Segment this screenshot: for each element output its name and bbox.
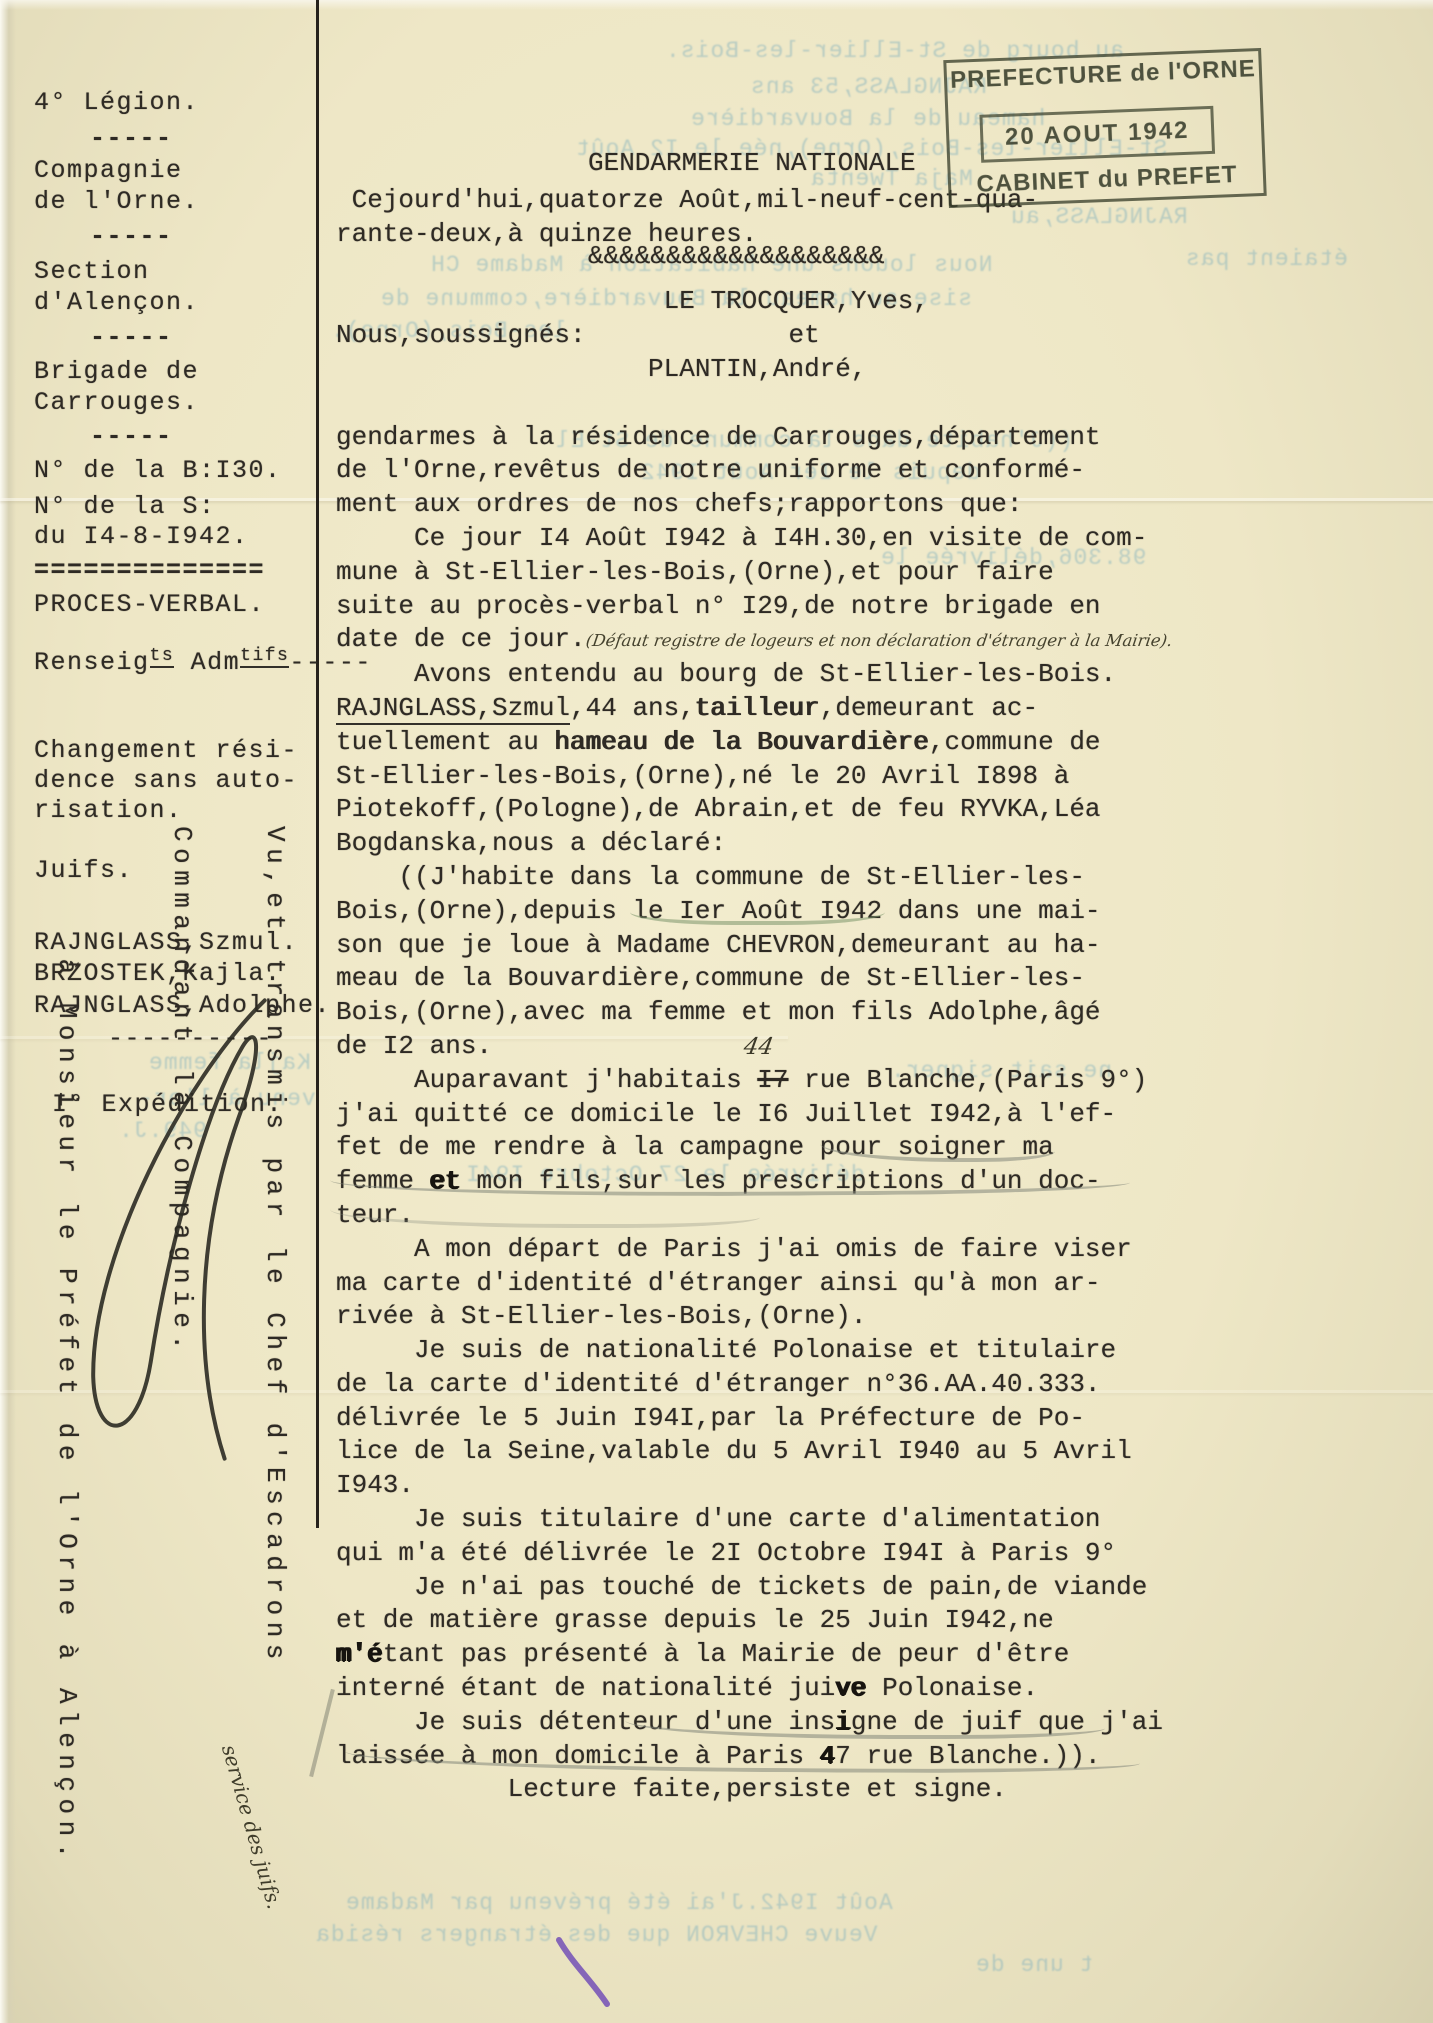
text-line — [336, 387, 1160, 421]
body-text: Cejourd'hui,quatorze Août,mil-neuf-cent-… — [336, 184, 1160, 1807]
margin-proces-verbal: PROCES-VERBAL. — [34, 590, 265, 620]
text-line: suite au procès-verbal n° I29,de notre b… — [336, 590, 1160, 624]
margin-separator: ----- — [34, 222, 173, 252]
text-line: tuellement au hameau de la Bouvardière,c… — [336, 726, 1160, 760]
margin-legion: 4° Légion. — [34, 88, 199, 118]
margin-objet-1: Changement rési- — [34, 736, 298, 766]
text-line — [336, 252, 1160, 286]
text-line: St-Ellier-les-Bois,(Orne),né le 20 Avril… — [336, 760, 1160, 794]
margin-brigade: Brigade de — [34, 357, 199, 387]
text-line: Lecture faite,persiste et signe. — [336, 1773, 1160, 1807]
margin-compagnie-2: de l'Orne. — [34, 187, 199, 217]
text-line: ((J'habite dans la commune de St-Ellier-… — [336, 861, 1160, 895]
margin-separator: ----- — [34, 124, 173, 154]
page-title: GENDARMERIE NATIONALE — [588, 148, 916, 179]
text-line: date de ce jour.(Défaut registre de loge… — [336, 623, 1160, 658]
margin-numero-b: N° de la B:I30. — [34, 456, 282, 486]
text-line: lice de la Seine,valable du 5 Avril I940… — [336, 1435, 1160, 1469]
text-line: délivrée le 5 Juin I94I,par la Préfectur… — [336, 1402, 1160, 1436]
text-line: rivée à St-Ellier-les-Bois,(Orne). — [336, 1300, 1160, 1334]
text-line: ma carte d'identité d'étranger ainsi qu'… — [336, 1267, 1160, 1301]
text-line: Avons entendu au bourg de St-Ellier-les-… — [336, 658, 1160, 692]
text-line: de l'Orne,revêtus de notre uniforme et c… — [336, 454, 1160, 488]
text-line: Bois,(Orne),avec ma femme et mon fils Ad… — [336, 996, 1160, 1030]
signature — [55, 976, 308, 1492]
text-line: Nous,soussignés: et — [336, 319, 1160, 353]
text-line: son que je loue à Madame CHEVRON,demeura… — [336, 929, 1160, 963]
margin-date: du I4-8-I942. — [34, 522, 249, 552]
scan-edge-top — [0, 0, 1433, 10]
text-line: mune à St-Ellier-les-Bois,(Orne),et pour… — [336, 556, 1160, 590]
bleedthrough-text: étaient pas — [1185, 246, 1348, 272]
stamp-date: 20 AOUT 1942 — [983, 116, 1212, 153]
text-line: LE TROCQUER,Yves, — [336, 285, 1160, 319]
text-line: interné étant de nationalité juive Polon… — [336, 1672, 1160, 1706]
text-line: I943. — [336, 1469, 1160, 1503]
margin-objet-2: dence sans auto- — [34, 766, 298, 796]
pencil-underline-date — [630, 893, 885, 925]
text-line: A mon départ de Paris j'ai omis de faire… — [336, 1233, 1160, 1267]
text-line: qui m'a été délivrée le 2I Octobre I94I … — [336, 1537, 1160, 1571]
text-line: Auparavant j'habitais I7 rue Blanche,(Pa… — [336, 1064, 1160, 1098]
text-line: gendarmes à la résidence de Carrouges,dé… — [336, 421, 1160, 455]
document-page: au bourg de St-Ellier-les-Bois. RAJNGLAS… — [0, 0, 1433, 2023]
margin-section: Section — [34, 257, 150, 287]
margin-separator: ----- — [34, 422, 173, 452]
text-line: RAJNGLASS,Szmul,44 ans,tailleur,demeuran… — [336, 692, 1160, 726]
margin-brigade-2: Carrouges. — [34, 388, 199, 418]
text-line: m'étant pas présenté à la Mairie de peur… — [336, 1638, 1160, 1672]
text-line: Je suis de nationalité Polonaise et titu… — [336, 1334, 1160, 1368]
margin-objet-3: risation. — [34, 796, 183, 826]
margin-renseignements: Renseigts Admtifs----- — [34, 648, 372, 682]
text-line: Je suis titulaire d'une carte d'alimenta… — [336, 1503, 1160, 1537]
text-line: rante-deux,à quinze heures. — [336, 218, 1160, 252]
handwritten-correction-44: 44 — [742, 1034, 776, 1060]
margin-separator-double: ============== — [34, 556, 265, 586]
bleedthrough-text: t une de — [975, 1952, 1093, 1978]
margin-compagnie: Compagnie — [34, 156, 183, 186]
text-line: Ce jour I4 Août I942 à I4H.30,en visite … — [336, 522, 1160, 556]
margin-separator: ----- — [34, 323, 173, 353]
ink-mark — [545, 1934, 625, 2014]
prefecture-stamp: PREFECTURE de l'ORNE 20 AOUT 1942 CABINE… — [943, 48, 1266, 208]
margin-numero-s: N° de la S: — [34, 492, 216, 522]
margin-section-2: d'Alençon. — [34, 288, 199, 318]
text-line: Renseigts Admtifs----- — [34, 648, 372, 682]
text-line: Bogdanska,nous a déclaré: — [336, 827, 1160, 861]
text-line: j'ai quitté ce domicile le I6 Juillet I9… — [336, 1098, 1160, 1132]
bleedthrough-text: Août I942.J'ai été prévenu par Madame — [345, 1890, 893, 1916]
stamp-date-box: 20 AOUT 1942 — [979, 106, 1215, 163]
text-line: de la carte d'identité d'étranger n°36.A… — [336, 1368, 1160, 1402]
text-line: Piotekoff,(Pologne),de Abrain,et de feu … — [336, 793, 1160, 827]
text-line: et de matière grasse depuis le 25 Juin I… — [336, 1604, 1160, 1638]
text-line: PLANTIN,André, — [336, 353, 1160, 387]
text-line: Je n'ai pas touché de tickets de pain,de… — [336, 1571, 1160, 1605]
text-line: ment aux ordres de nos chefs;rapportons … — [336, 488, 1160, 522]
text-line: meau de la Bouvardière,commune de St-Ell… — [336, 962, 1160, 996]
